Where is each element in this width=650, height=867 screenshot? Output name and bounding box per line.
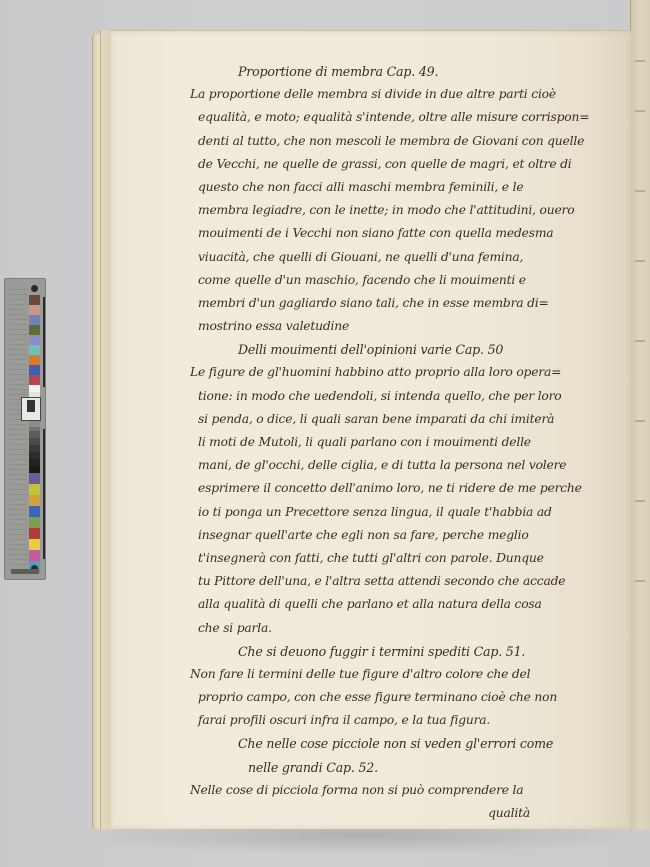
color-swatch xyxy=(29,325,40,335)
text-line: li moti de Mutoli, li quali parlano con … xyxy=(190,431,600,454)
dark-step xyxy=(29,431,40,438)
next-page-edge xyxy=(630,0,650,830)
color-swatch xyxy=(29,528,40,539)
text-line: esprimere il concetto dell'animo loro, n… xyxy=(190,477,600,500)
text-line: Le figure de gl'huomini habbino atto pro… xyxy=(190,361,600,384)
lower-swatches xyxy=(29,431,41,572)
text-line: tione: in modo che uedendoli, si intenda… xyxy=(190,385,600,408)
text-line: membri d'un gagliardo siano tali, che in… xyxy=(190,292,600,315)
color-swatch xyxy=(29,355,40,365)
dark-step xyxy=(29,452,40,459)
color-swatch xyxy=(29,315,40,325)
text-line: mani, de gl'occhi, delle ciglia, e di tu… xyxy=(190,454,600,477)
card-label xyxy=(21,397,41,421)
color-swatch xyxy=(29,484,40,495)
text-line: insegnar quell'arte che egli non sa fare… xyxy=(190,524,600,547)
dark-step xyxy=(29,459,40,466)
text-line: si penda, o dice, li quali saran bene im… xyxy=(190,408,600,431)
color-swatch xyxy=(29,365,40,375)
scale-ticks xyxy=(9,289,27,569)
color-swatch xyxy=(29,517,40,528)
text-line: viuacità, che quelli di Giouani, ne quel… xyxy=(190,246,600,269)
chapter-heading: Che nelle cose picciole non si veden gl'… xyxy=(190,732,600,755)
color-swatch xyxy=(29,539,40,550)
text-line: membra legiadre, con le inette; in modo … xyxy=(190,199,600,222)
text-line: t'insegnerà con fatti, che tutti gl'altr… xyxy=(190,547,600,570)
chapter-heading: Che si deuono fuggir i termini spediti C… xyxy=(190,640,600,663)
text-line: che si parla. xyxy=(190,617,600,640)
text-line: Non fare li termini delle tue figure d'a… xyxy=(190,663,600,686)
dark-step xyxy=(29,438,40,445)
chapter-heading: nelle grandi Cap. 52. xyxy=(190,756,600,779)
text-line: questo che non facci alli maschi membra … xyxy=(190,176,600,199)
catchword: qualità xyxy=(190,802,600,825)
text-line: denti al tutto, che non mescoli le membr… xyxy=(190,130,600,153)
color-swatch xyxy=(29,335,40,345)
text-line: equalità, e moto; equalità s'intende, ol… xyxy=(190,106,600,129)
text-line: alla qualità di quelli che parlano et al… xyxy=(190,593,600,616)
dark-step xyxy=(29,445,40,452)
text-line: de Vecchi, ne quelle de grassi, con quel… xyxy=(190,153,600,176)
text-line: farai profili oscuri infra il campo, e l… xyxy=(190,709,600,732)
card-rail xyxy=(43,297,45,387)
card-hole-top xyxy=(31,285,38,292)
text-line: proprio campo, con che esse figure termi… xyxy=(190,686,600,709)
color-swatch xyxy=(29,506,40,517)
color-swatch xyxy=(29,375,40,385)
chapter-heading: Delli mouimenti dell'opinioni varie Cap.… xyxy=(190,338,600,361)
text-line: La proportione delle membra si divide in… xyxy=(190,83,600,106)
color-swatch xyxy=(29,345,40,355)
text-line: mouimenti de i Vecchi non siano fatte co… xyxy=(190,222,600,245)
color-swatch xyxy=(29,550,40,561)
color-swatch xyxy=(29,473,40,484)
dark-step xyxy=(29,466,40,473)
text-line: io ti ponga un Precettore senza lingua, … xyxy=(190,501,600,524)
color-swatch xyxy=(29,495,40,506)
text-line: mostrino essa valetudine xyxy=(190,315,600,338)
color-swatch xyxy=(29,295,40,305)
card-footer xyxy=(11,569,39,574)
chapter-heading: Proportione di membra Cap. 49. xyxy=(190,60,600,83)
gray-step xyxy=(29,385,40,392)
manuscript-text: Proportione di membra Cap. 49. La propor… xyxy=(190,60,600,825)
color-swatch xyxy=(29,305,40,315)
text-line: tu Pittore dell'una, e l'altra setta att… xyxy=(190,570,600,593)
text-line: come quelle d'un maschio, facendo che li… xyxy=(190,269,600,292)
text-line: Nelle cose di picciola forma non si può … xyxy=(190,779,600,802)
card-rail xyxy=(43,429,45,559)
color-calibration-card xyxy=(4,278,46,580)
gray-step xyxy=(29,420,40,427)
